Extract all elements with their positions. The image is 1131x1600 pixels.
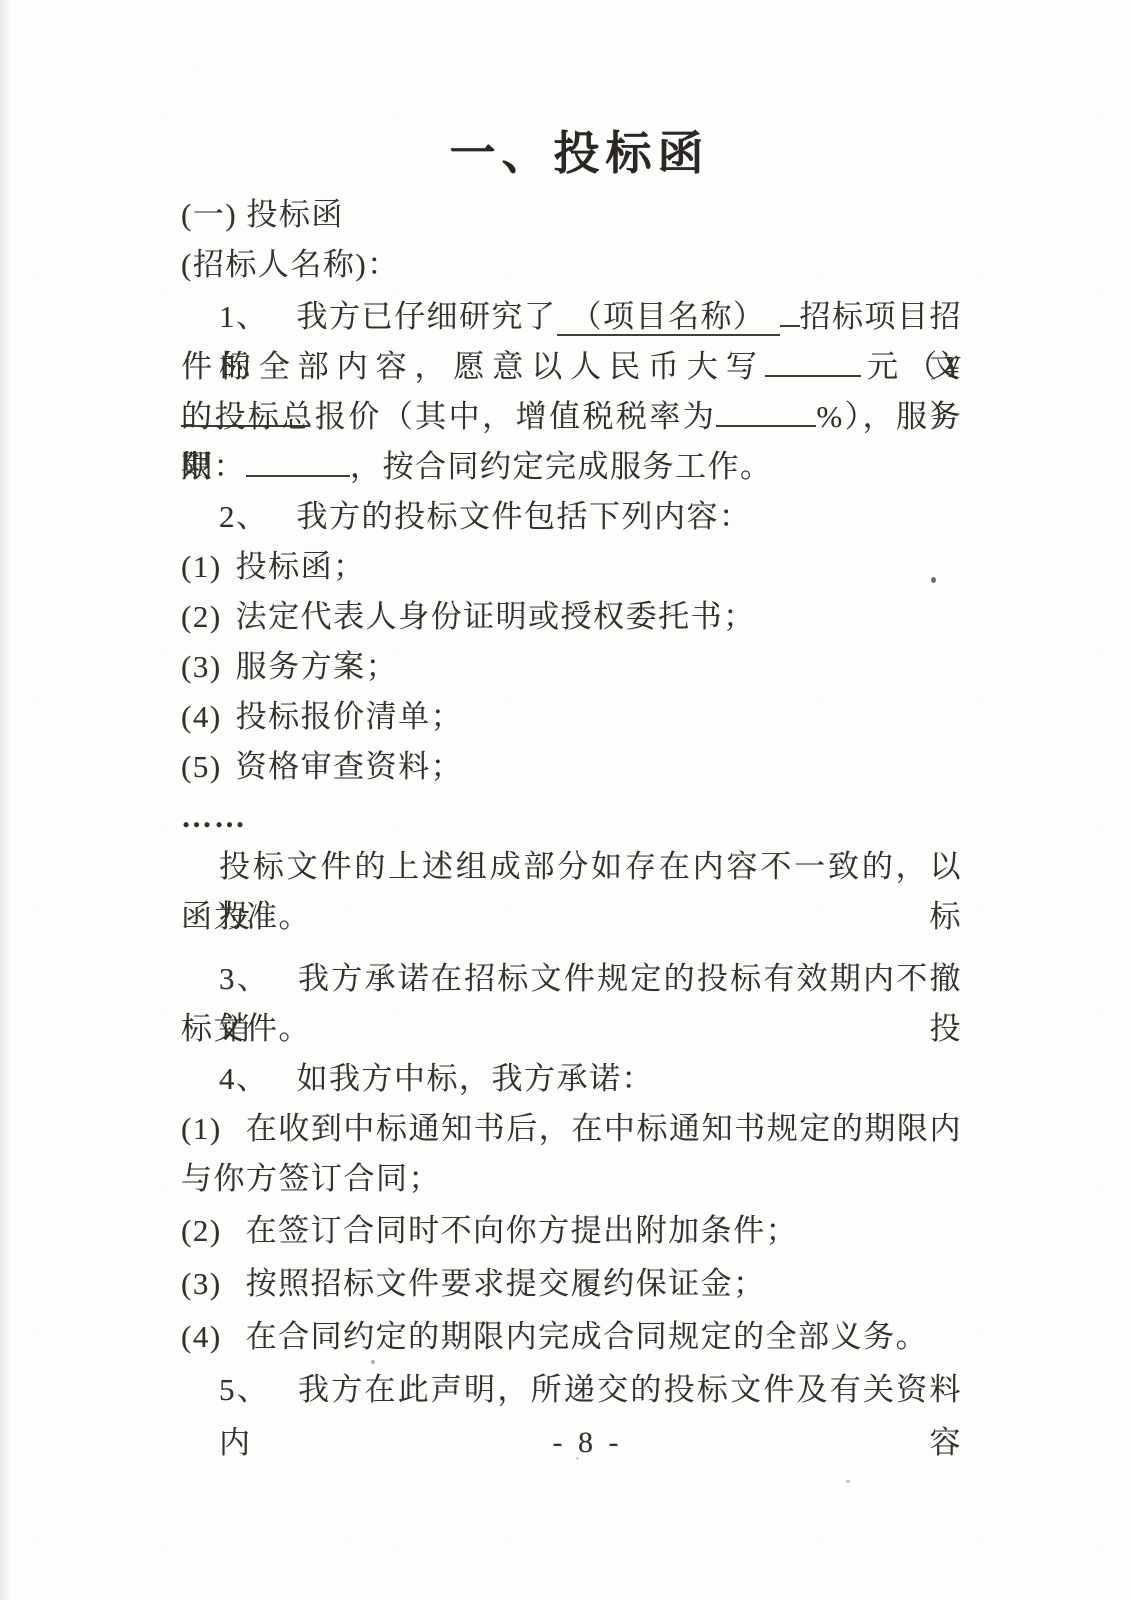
para5-line1: 5、我方在此声明，所递交的投标文件及有关资料内容: [181, 1363, 962, 1416]
scan-speck: [931, 577, 936, 583]
project-name-blank-tail: [780, 317, 800, 327]
para4-item-1-marker: (1): [181, 1111, 222, 1146]
ellipsis-line: ……: [181, 792, 962, 842]
para1-line1-text: 我方已仔细研究了: [297, 299, 557, 334]
addressee-line: (招标人名称)：: [181, 240, 962, 290]
para2-item-3-label: 服务方案；: [236, 649, 399, 684]
para2-item-5-label: 资格审查资料；: [236, 749, 464, 784]
para3-line1-text: 我方承诺在招标文件规定的投标有效期内不撤销投: [219, 961, 962, 1046]
vat-rate-blank: [716, 417, 816, 427]
para1-line4-text: 限：: [181, 449, 246, 484]
para4-heading: 4、如我方中标，我方承诺：: [181, 1054, 962, 1104]
project-name-blank: （项目名称）: [557, 299, 780, 336]
para1-number: 1、: [219, 299, 269, 334]
para2-item-4: (4)投标报价清单；: [181, 692, 962, 742]
scan-speck: [576, 1457, 579, 1460]
scan-speck: [846, 1480, 850, 1483]
page-left-edge-shadow: [0, 0, 12, 1600]
para2-item-2-marker: (2): [181, 599, 222, 634]
para2-item-5: (5)资格审查资料；: [181, 742, 962, 792]
para3-number: 3、: [219, 961, 270, 996]
para1-line2-unit: 元（¥: [861, 349, 962, 384]
note-line1: 投标文件的上述组成部分如存在内容不一致的，以投标: [181, 842, 962, 892]
amount-in-words-blank: [765, 367, 861, 377]
document-title: 一、投标函: [189, 124, 970, 184]
section-heading: (一) 投标函: [181, 190, 962, 240]
para2-item-1-marker: (1): [181, 549, 222, 584]
para2-item-4-label: 投标报价清单；: [236, 699, 464, 734]
para2-item-2: (2)法定代表人身份证明或授权委托书；: [181, 592, 962, 642]
para4-item-3-text: 按照招标文件要求提交履约保证金；: [246, 1266, 766, 1301]
para1-line1: 1、我方已仔细研究了（项目名称）招标项目招标文: [181, 292, 962, 342]
para2-item-4-marker: (4): [181, 699, 222, 734]
para4-item-2: (2)在签订合同时不向你方提出附加条件；: [181, 1204, 962, 1257]
para4-item-1-line1: (1)在收到中标通知书后，在中标通知书规定的期限内: [181, 1104, 962, 1154]
para2-item-3: (3)服务方案；: [181, 642, 962, 692]
para4-heading-text: 如我方中标，我方承诺：: [297, 1061, 655, 1096]
para1-line3-text: 的投标总报价（其中，增值税税率为: [181, 399, 716, 434]
para4-item-2-text: 在签订合同时不向你方提出附加条件；: [246, 1213, 799, 1248]
para4-item-3: (3)按照招标文件要求提交履约保证金；: [181, 1257, 962, 1310]
para1-line4-tail: ，按合同约定完成服务工作。: [350, 449, 773, 484]
para2-item-3-marker: (3): [181, 649, 222, 684]
para2-item-1: (1)投标函；: [181, 542, 962, 592]
para4-item-4-marker: (4): [181, 1319, 222, 1354]
para4-item-3-marker: (3): [181, 1266, 222, 1301]
document-content: 一、投标函 (一) 投标函 (招标人名称)： 1、我方已仔细研究了（项目名称）招…: [181, 0, 962, 1462]
para4-item-1-text: 在收到中标通知书后，在中标通知书规定的期限内: [246, 1111, 962, 1146]
para4-item-1-line2: 与你方签订合同；: [181, 1154, 962, 1204]
page-number: - 8 -: [197, 1424, 978, 1462]
para2-number: 2、: [219, 499, 269, 534]
para2-item-5-marker: (5): [181, 749, 222, 784]
para2-heading-text: 我方的投标文件包括下列内容：: [297, 499, 752, 534]
service-period-blank: [246, 467, 350, 477]
para5-number: 5、: [219, 1372, 270, 1407]
para2-item-1-label: 投标函；: [236, 549, 366, 584]
para2-item-2-label: 法定代表人身份证明或授权委托书；: [236, 599, 756, 634]
para1-line4: 限：，按合同约定完成服务工作。: [181, 442, 962, 492]
para4-number: 4、: [219, 1061, 269, 1096]
para4-item-4: (4)在合同约定的期限内完成合同规定的全部义务。: [181, 1310, 962, 1363]
para1-line3: 的投标总报价（其中，增值税税率为%），服务期: [181, 392, 962, 442]
para2-heading: 2、我方的投标文件包括下列内容：: [181, 492, 962, 542]
para4-item-2-marker: (2): [181, 1213, 222, 1248]
para3-line1: 3、我方承诺在招标文件规定的投标有效期内不撤销投: [181, 954, 962, 1004]
para1-line2: 件的全部内容，愿意以人民币大写元（¥）: [181, 342, 962, 392]
scan-speck: [371, 1360, 375, 1364]
para4-item-4-text: 在合同约定的期限内完成合同规定的全部义务。: [246, 1319, 929, 1354]
para1-line2-text: 件的全部内容，愿意以人民币大写: [181, 349, 765, 384]
scanned-document-page: 一、投标函 (一) 投标函 (招标人名称)： 1、我方已仔细研究了（项目名称）招…: [0, 0, 1131, 1600]
